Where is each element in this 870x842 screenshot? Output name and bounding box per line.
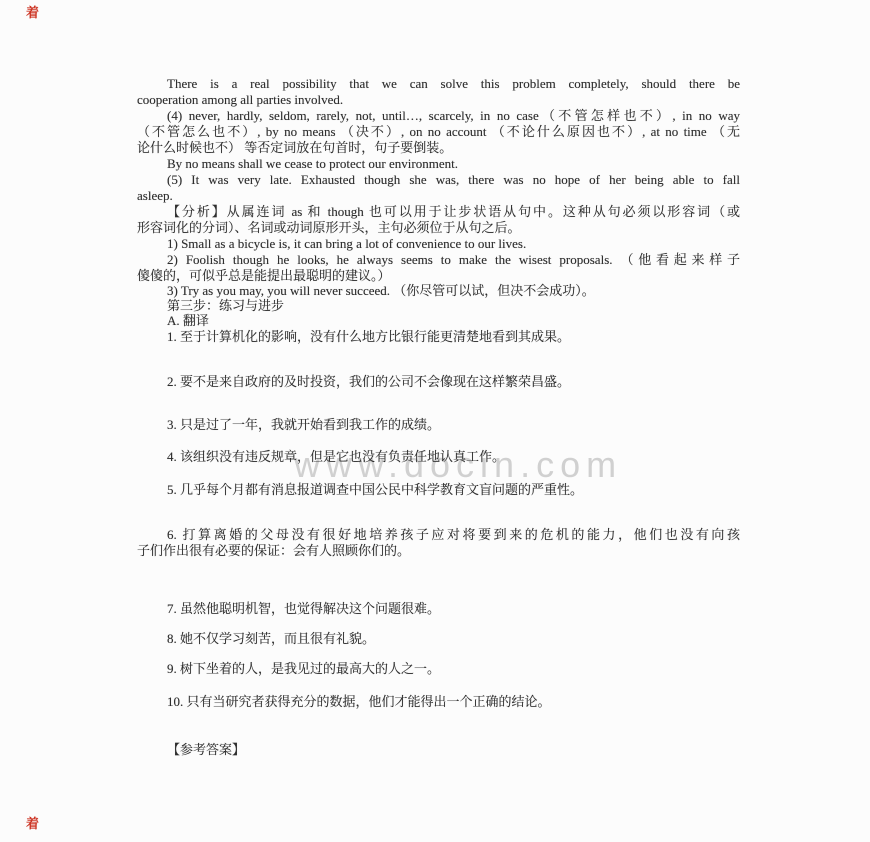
text-line: asleep.: [137, 188, 173, 204]
text-line: 2) Foolish though he looks, he always se…: [167, 252, 740, 268]
text-line: There is a real possibility that we can …: [167, 76, 740, 92]
corner-mark-top: 着: [26, 6, 39, 20]
text-line: 子们作出很有必要的保证：会有人照顾你们的。: [137, 543, 410, 559]
text-line: A. 翻译: [167, 313, 209, 329]
text-line: 第三步：练习与进步: [167, 298, 284, 314]
text-line: 形容词化的分词）、名词或动词原形开头，主句必须位于从句之后。: [137, 220, 521, 236]
text-line: (5) It was very late. Exhausted though s…: [167, 172, 740, 188]
text-line: 论什么时候也不） 等否定词放在句首时，句子要倒装。: [137, 140, 452, 156]
text-line: 5. 几乎每个月都有消息报道调查中国公民中科学教育文盲问题的严重性。: [167, 482, 583, 498]
text-line: (4) never, hardly, seldom, rarely, not, …: [167, 108, 740, 124]
text-line: cooperation among all parties involved.: [137, 92, 343, 108]
text-line: 10. 只有当研究者获得充分的数据，他们才能得出一个正确的结论。: [167, 694, 551, 710]
document-page: 着 www.docin.com There is a real possibil…: [0, 0, 870, 842]
text-line: 傻傻的，可似乎总是能提出最聪明的建议。）: [137, 268, 391, 284]
text-line: 2. 要不是来自政府的及时投资，我们的公司不会像现在这样繁荣昌盛。: [167, 374, 570, 390]
text-line: 8. 她不仅学习刻苦，而且很有礼貌。: [167, 631, 375, 647]
text-line: 4. 该组织没有违反规章，但是它也没有负责任地认真工作。: [167, 449, 505, 465]
text-line: 9. 树下坐着的人，是我见过的最高大的人之一。: [167, 661, 440, 677]
text-line: 3) Try as you may, you will never succee…: [167, 283, 595, 299]
text-line: 【分析】从属连词 as 和 though 也可以用于让步状语从句中。这种从句必须…: [167, 204, 740, 220]
text-line: 1. 至于计算机化的影响，没有什么地方比银行能更清楚地看到其成果。: [167, 329, 570, 345]
text-line: 3. 只是过了一年，我就开始看到我工作的成绩。: [167, 417, 440, 433]
corner-mark-bottom: 着: [26, 817, 39, 831]
text-line: By no means shall we cease to protect ou…: [167, 156, 458, 172]
text-line: 【参考答案】: [167, 742, 245, 758]
text-line: 1) Small as a bicycle is, it can bring a…: [167, 236, 526, 252]
text-line: 7. 虽然他聪明机智，也觉得解决这个问题很难。: [167, 601, 440, 617]
text-line: 6. 打算离婚的父母没有很好地培养孩子应对将要到来的危机的能力，他们也没有向孩: [167, 527, 740, 543]
text-line: （不管怎么也不）, by no means （决不）, on no accoun…: [137, 124, 740, 140]
